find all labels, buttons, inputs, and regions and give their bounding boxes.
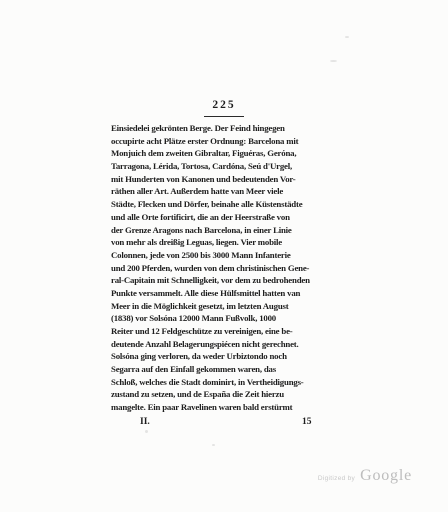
text-line: Einsiedelei gekrönten Berge. Der Feind h… <box>111 122 338 135</box>
book-page: 225 Einsiedelei gekrönten Berge. Der Fei… <box>0 0 448 512</box>
text-line: mit Hunderten von Kanonen und bedeutende… <box>111 173 338 186</box>
text-line: Städte, Flecken und Dörfer, beinahe alle… <box>111 198 338 211</box>
text-line: occupirte acht Plätze erster Ordnung: Ba… <box>111 135 338 148</box>
scan-speck <box>212 444 215 446</box>
text-line: Schloß, welches die Stadt dominirt, in V… <box>111 376 338 389</box>
text-line: Meer in die Möglichkeit gesetzt, im letz… <box>111 300 338 313</box>
text-line: (1838) vor Solsóna 12000 Mann Fußvolk, 1… <box>111 312 338 325</box>
text-line: und alle Orte fortificirt, die an der He… <box>111 211 338 224</box>
google-logo: Google <box>360 467 412 485</box>
text-line: und 200 Pferden, wurden von dem christin… <box>111 262 338 275</box>
page-number: 225 <box>212 99 235 111</box>
text-line: der Grenze Aragons nach Barcelona, in ei… <box>111 224 338 237</box>
text-line: zustand zu setzen, und de España die Zei… <box>111 388 338 401</box>
text-line: deutende Anzahl Belagerungspiécen nicht … <box>111 338 338 351</box>
text-line: ral-Capitain mit Schnelligkeit, vor dem … <box>111 274 338 287</box>
scan-speck <box>345 36 349 38</box>
text-line: mangelte. Ein paar Ravelinen waren bald … <box>111 401 338 414</box>
volume-numeral: II. <box>140 416 150 428</box>
body-text-block: Einsiedelei gekrönten Berge. Der Feind h… <box>111 122 338 414</box>
google-watermark: Digitized by Google <box>318 467 412 485</box>
page-number-rule <box>204 116 244 117</box>
text-line: Colonnen, jede von 2500 bis 3000 Mann In… <box>111 249 338 262</box>
text-line: räthen aller Art. Außerdem hatte van Mee… <box>111 185 338 198</box>
text-line: Punkte versammelt. Alle diese Hülfsmitte… <box>111 287 338 300</box>
page-footer: II. 15 <box>111 416 338 429</box>
scan-speck <box>145 430 148 433</box>
running-head: 225 <box>0 95 448 117</box>
text-line: Tarragona, Lérida, Tortosa, Cardóna, Seú… <box>111 160 338 173</box>
digitized-by-label: Digitized by <box>318 470 355 482</box>
text-line: Monjuich dem zweiten Gibraltar, Figuéras… <box>111 147 338 160</box>
text-line: Reiter und 12 Feldgeschütze zu vereinige… <box>111 325 338 338</box>
text-line: Solsóna ging verloren, da weder Urbizton… <box>111 350 338 363</box>
text-line: Segarra auf den Einfall gekommen waren, … <box>111 363 338 376</box>
scan-speck <box>330 60 337 62</box>
text-line: von mehr als dreißig Leguas, liegen. Vie… <box>111 236 338 249</box>
signature-mark: 15 <box>302 416 312 428</box>
